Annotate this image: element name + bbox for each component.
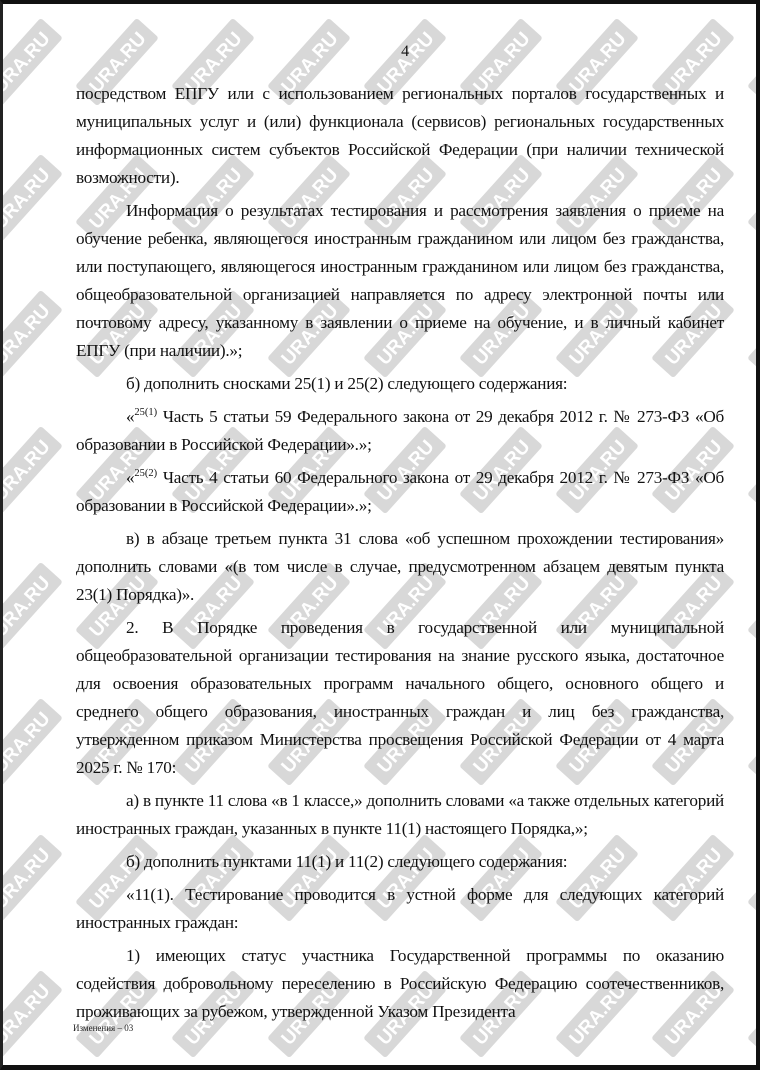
paragraph: Информация о результатах тестирования и … [76, 197, 724, 365]
document-body: 4 посредством ЕПГУ или с использованием … [76, 42, 724, 1026]
paragraph: а) в пункте 11 слова «в 1 классе,» допол… [76, 787, 724, 843]
paragraph: 1) имеющих статус участника Государствен… [76, 942, 724, 1026]
footer-note: Изменения – 03 [73, 1023, 133, 1033]
paragraph: б) дополнить сносками 25(1) и 25(2) след… [76, 370, 724, 398]
footnote-marker: 25(2) [134, 468, 157, 479]
footnote-paragraph: «25(1) Часть 5 статьи 59 Федерального за… [76, 403, 724, 459]
footnote-text: Часть 5 статьи 59 Федерального закона от… [76, 407, 724, 454]
footnote-paragraph: «25(2) Часть 4 статьи 60 Федерального за… [76, 464, 724, 520]
paragraph: 2. В Порядке проведения в государственно… [76, 614, 724, 782]
footnote-marker: 25(1) [134, 407, 157, 418]
document-page: URA.RU 4 посредством ЕПГУ или с использо… [0, 0, 760, 1070]
paragraph: «11(1). Тестирование проводится в устной… [76, 881, 724, 937]
page-number: 4 [86, 42, 724, 62]
paragraph: в) в абзаце третьем пункта 31 слова «об … [76, 525, 724, 609]
footnote-text: Часть 4 статьи 60 Федерального закона от… [76, 468, 724, 515]
paragraph: б) дополнить пунктами 11(1) и 11(2) след… [76, 848, 724, 876]
paragraph: посредством ЕПГУ или с использованием ре… [76, 80, 724, 192]
